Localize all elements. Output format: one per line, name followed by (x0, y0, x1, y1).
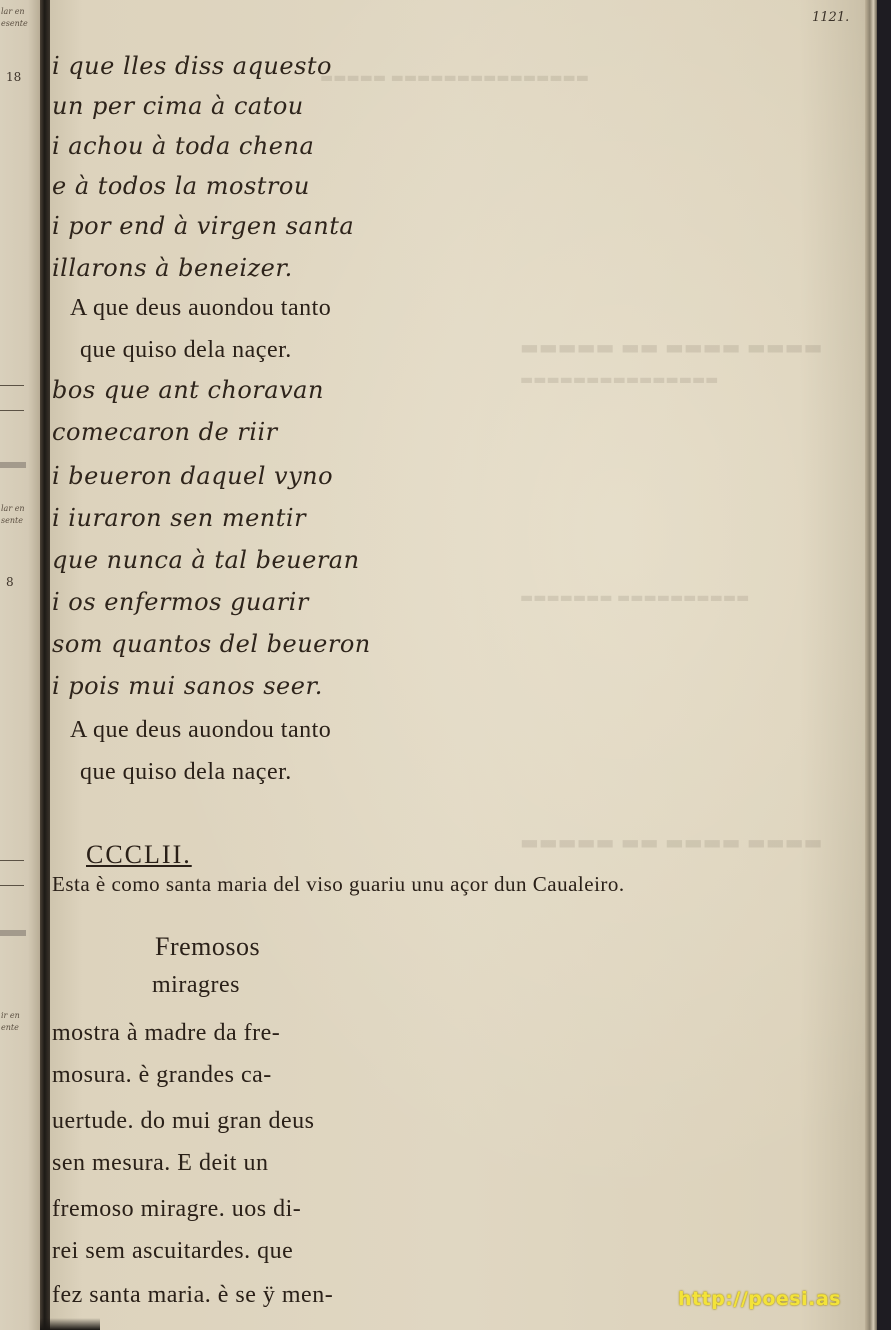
manuscript-scan: lar en esente 18 lar en sente 8 ir en en… (0, 0, 891, 1330)
rule-line (0, 885, 24, 886)
show-through-print: ▬▬▬▬▬▬▬▬▬▬▬▬▬▬▬ (520, 372, 718, 388)
body-line: uertude. do mui gran deus (52, 1108, 314, 1135)
margin-note: lar en esente (1, 6, 28, 30)
watermark-link[interactable]: http://poesi.as (678, 1288, 841, 1310)
verse-line: i beueron daquel vyno (52, 462, 333, 490)
refrain-line: A que deus auondou tanto (70, 716, 331, 744)
bottom-shadow (40, 1318, 100, 1330)
verse-line: i por end à virgen santa (52, 212, 354, 240)
verse-line: comecaron de riir (52, 418, 278, 446)
margin-note: lar en sente (1, 503, 25, 527)
body-line: mostra à madre da fre- (52, 1020, 280, 1047)
incipit-line: Fremosos (155, 932, 260, 962)
rule-line (0, 860, 24, 861)
show-through-print: ▬▬▬▬▬ ▬▬ ▬▬▬▬ ▬▬▬▬ (520, 830, 823, 854)
grey-band (0, 930, 26, 936)
margin-note: ir en ente (1, 1010, 20, 1034)
verse-line: som quantos del beueron (52, 630, 371, 658)
incipit-line: miragres (152, 972, 240, 999)
refrain-line: que quiso dela naçer. (80, 758, 292, 786)
body-line: mosura. è grandes ca- (52, 1062, 272, 1089)
show-through-print: ▬▬▬▬▬ ▬▬ ▬▬▬▬ ▬▬▬▬ (520, 335, 823, 359)
refrain-line: A que deus auondou tanto (70, 294, 331, 322)
margin-number: 8 (6, 575, 14, 589)
book-gutter (40, 0, 50, 1330)
body-line: sen mesura. E deit un (52, 1150, 268, 1177)
cantiga-number-text: CCCLII. (86, 840, 192, 869)
page-edge (865, 0, 877, 1330)
scan-backdrop (877, 0, 891, 1330)
rule-line (0, 410, 24, 411)
show-through-print: ▬▬▬▬▬ ▬▬▬▬▬▬▬▬▬▬▬▬▬▬▬ (320, 70, 589, 86)
verse-line: bos que ant choravan (52, 376, 324, 404)
verse-line: i que lles diss aquesto (52, 52, 332, 80)
show-through-print: ▬▬▬▬▬▬▬ ▬▬▬▬▬▬▬▬▬▬ (520, 590, 749, 606)
verse-line: un per cima à catou (52, 92, 304, 120)
verse-line: que nunca à tal beueran (52, 546, 360, 574)
verse-line: illarons à beneizer. (52, 254, 293, 282)
previous-page-edge: lar en esente 18 lar en sente 8 ir en en… (0, 0, 40, 1330)
verse-line: i iuraron sen mentir (52, 504, 306, 532)
verse-line: i os enfermos guarir (52, 588, 309, 616)
grey-band (0, 462, 26, 468)
cantiga-rubric: Esta è como santa maria del viso guariu … (52, 872, 625, 897)
verse-line: e à todos la mostrou (52, 172, 310, 200)
body-line: fez santa maria. è se ÿ men- (52, 1282, 333, 1309)
refrain-line: que quiso dela naçer. (80, 336, 292, 364)
body-line: rei sem ascuitardes. que (52, 1238, 293, 1265)
body-line: fremoso miragre. uos di- (52, 1196, 301, 1223)
verse-line: i pois mui sanos seer. (52, 672, 323, 700)
verse-line: i achou à toda chena (52, 132, 314, 160)
margin-number: 18 (6, 70, 21, 84)
cantiga-number: CCCLII. (86, 840, 192, 870)
rule-line (0, 385, 24, 386)
page-number: 1121. (812, 10, 849, 25)
